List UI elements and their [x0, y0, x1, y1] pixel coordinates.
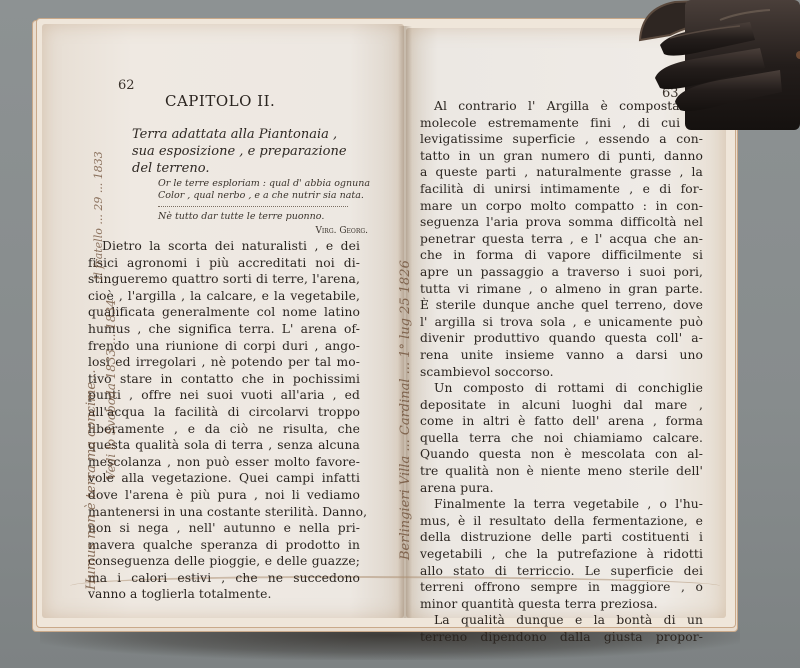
- text-line: humus , che significa terra. L' arena of…: [88, 321, 360, 338]
- text-line: liberamente , e da ciò ne risulta, che: [88, 421, 360, 438]
- text-line: frendo una riunione di corpi duri , ango…: [88, 338, 360, 355]
- page-number-left: 62: [118, 78, 135, 93]
- text-line: tatto in un gran numero di punti, danno: [420, 148, 703, 165]
- epigraph-line: Nè tutto dar tutte le terre puonno.: [158, 211, 378, 223]
- text-line: minor quantità questa terra preziosa.: [420, 596, 703, 613]
- text-line: fisici agronomi i più accreditati noi di…: [88, 255, 360, 272]
- text-line: vanno a toglierla totalmente.: [88, 586, 360, 603]
- margin-handwriting: Vedi lo Svoboda 1833 ... 1834: [104, 299, 118, 480]
- text-line: come in altri è fatto dell' arena , form…: [420, 413, 703, 430]
- text-line: mare un corpo molto compatto : in con-: [420, 198, 703, 215]
- text-line: mescolanza , non può esser molto favore-: [88, 454, 360, 471]
- text-line: apre un passaggio a traverso i suoi pori…: [420, 264, 703, 281]
- subtitle-line: del terreno.: [132, 160, 377, 177]
- text-line: questa qualità sola di terra , senza alc…: [88, 437, 360, 454]
- text-line: non si nega , nell' autunno e nella pri-: [88, 520, 360, 537]
- text-line: ma i calori estivi , che ne succedono: [88, 570, 360, 587]
- epigraph-dotted-rule: [158, 206, 348, 207]
- text-line: tre qualità non è niente meno sterile de…: [420, 463, 703, 480]
- text-line: Finalmente la terra vegetabile , o l'hu-: [420, 496, 703, 513]
- text-line: tutta vi rimane , o almeno in gran parte…: [420, 281, 703, 298]
- text-line: divenir produttivo quando questa coll' a…: [420, 330, 703, 347]
- subtitle-line: Terra adattata alla Piantonaia ,: [132, 126, 377, 143]
- left-page-body: Dietro la scorta dei naturalisti , e dei…: [88, 238, 360, 603]
- text-line: mavera qualche speranza di prodotto in: [88, 537, 360, 554]
- epigraph: Or le terre esploriam : qual d' abbia og…: [158, 178, 378, 237]
- text-line: qualificata generalmente col nome latino: [88, 304, 360, 321]
- text-line: quella terra che noi chiamiamo calcare.: [420, 430, 703, 447]
- text-line: depositate in alcuni luoghi dal mare ,: [420, 397, 703, 414]
- text-line: La qualità dunque e la bontà di un: [420, 612, 703, 629]
- text-line: Dietro la scorta dei naturalisti , e dei: [88, 238, 360, 255]
- text-line: Un composto di rottami di conchiglie: [420, 380, 703, 397]
- text-line: penetrar questa terra , e l' acqua che a…: [420, 231, 703, 248]
- epigraph-line: Color , qual nerbo , e a che nutrir sia …: [158, 190, 378, 202]
- text-line: della distruzione delle parti costituent…: [420, 529, 703, 546]
- text-line: facilità di unirsi intimamente , e di fo…: [420, 181, 703, 198]
- text-line: rena unite insieme vanno a darsi uno: [420, 347, 703, 364]
- text-line: conseguenza delle pioggie, e delle guazz…: [88, 553, 360, 570]
- text-line: seguenza l'aria prova somma difficoltà n…: [420, 214, 703, 231]
- subtitle-line: sua esposizione , e preparazione: [132, 143, 377, 160]
- text-line: punti , offre nei suoi vuoti all'aria , …: [88, 387, 360, 404]
- right-page-body: Al contrario l' Argilla è composta di mo…: [420, 98, 703, 646]
- text-line: dove l'arena è più pura , noi li vediamo: [88, 487, 360, 504]
- text-line: a queste parti , naturalmente grasse , l…: [420, 164, 703, 181]
- chapter-title: CAPITOLO II.: [165, 92, 275, 110]
- text-line: stingueremo quattro sorti di terre, l'ar…: [88, 271, 360, 288]
- bronze-hand-weight-icon: [630, 0, 800, 130]
- text-line: terreno dipendono dalla giusta propor-: [420, 629, 703, 646]
- text-line: scambievol soccorso.: [420, 364, 703, 381]
- text-line: levigatissime superficie , essendo a con…: [420, 131, 703, 148]
- margin-handwriting: Il fratello ... 29 ... 1833: [92, 151, 105, 280]
- text-line: che in forma di vapore difficilmente si: [420, 247, 703, 264]
- text-line: cioè , l'argilla , la calcare, e la vege…: [88, 288, 360, 305]
- margin-handwriting: Berlingieri Villa ... Cardinal ... 1° lu…: [398, 260, 413, 560]
- text-line: mantenersi in una costante sterilità. Da…: [88, 504, 360, 521]
- text-line: terreni offrono sempre in maggiore , o: [420, 579, 703, 596]
- text-line: losi ed irregolari , nè potendo per tal …: [88, 354, 360, 371]
- text-line: Quando questa non è mescolata con al-: [420, 446, 703, 463]
- text-line: vole alla vegetazione. Quei campi infatt…: [88, 470, 360, 487]
- text-line: mus, è il resultato della fermentazione,…: [420, 513, 703, 530]
- text-line: allo stato di terriccio. Le superficie d…: [420, 563, 703, 580]
- text-line: tivo stare in contatto che in pochissimi: [88, 371, 360, 388]
- text-line: all'acqua la facilità di circolarvi trop…: [88, 404, 360, 421]
- text-line: l' argilla si trova sola , e unicamente …: [420, 314, 703, 331]
- text-line: È sterile dunque anche quel terreno, dov…: [420, 297, 703, 314]
- chapter-subtitle: Terra adattata alla Piantonaia , sua esp…: [132, 126, 377, 177]
- epigraph-line: Or le terre esploriam : qual d' abbia og…: [158, 178, 378, 190]
- text-line: vegetabili , che la putrefazione à ridot…: [420, 546, 703, 563]
- margin-handwriting: Humus non è terra ma concime...: [84, 369, 99, 590]
- text-line: arena pura.: [420, 480, 703, 497]
- epigraph-source: Virg. Georg.: [158, 225, 378, 237]
